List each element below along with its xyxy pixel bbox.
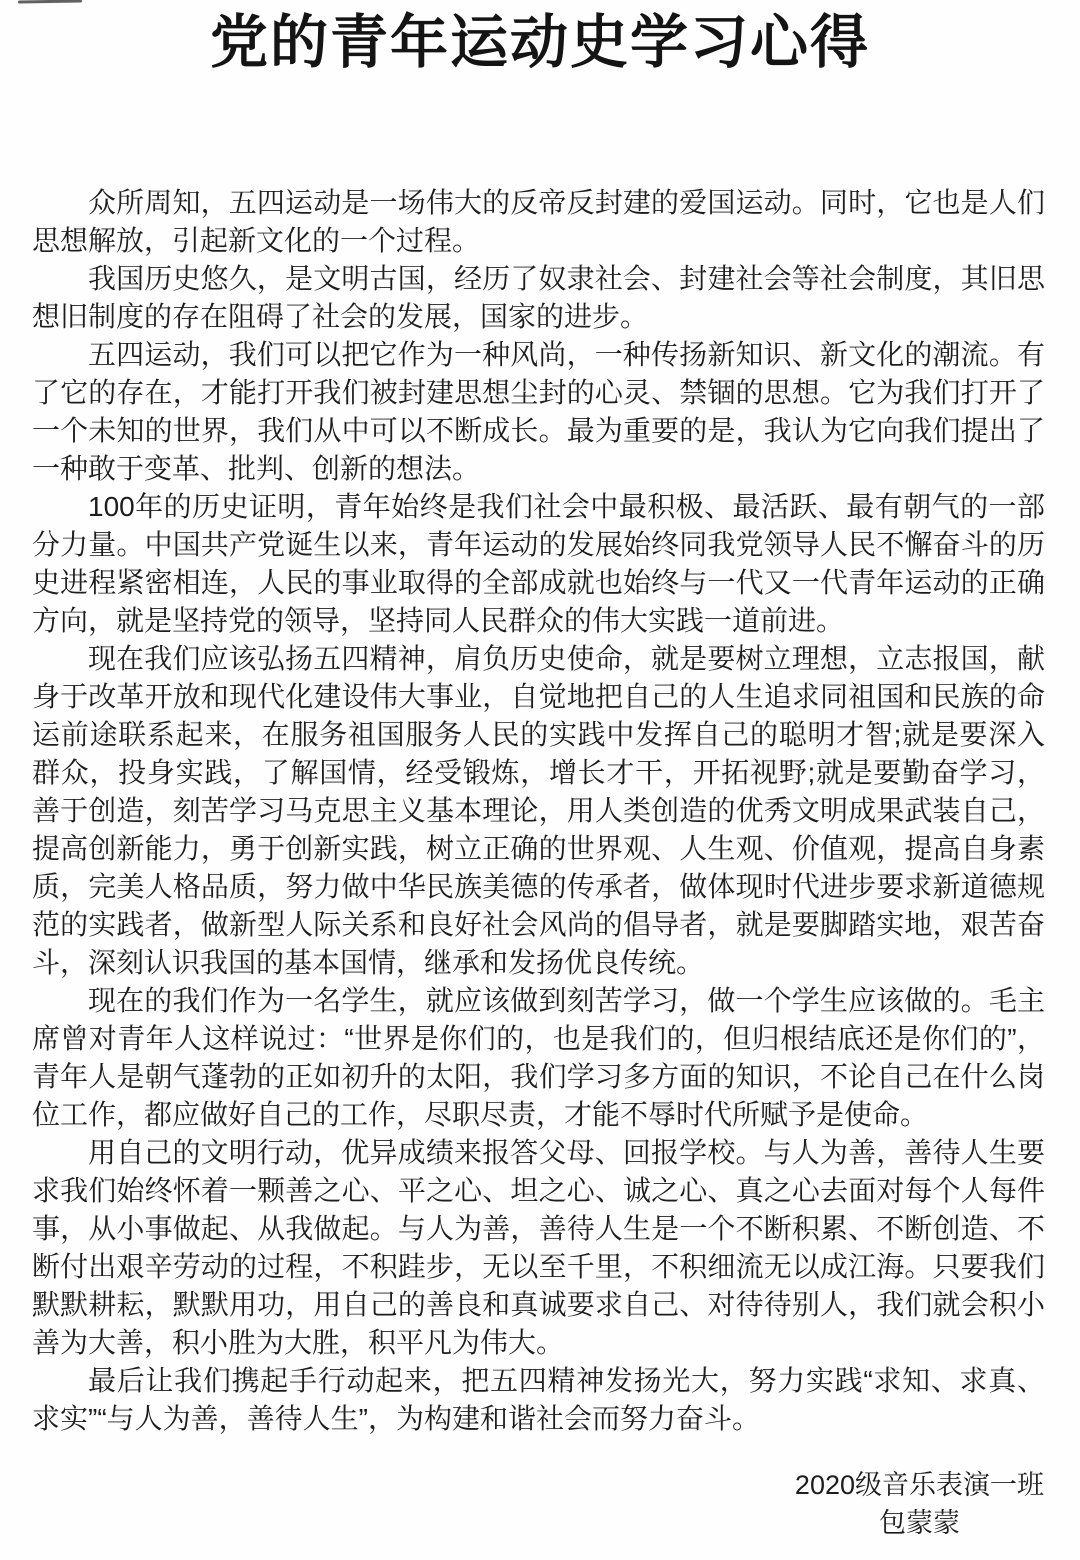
signature-block: 2020级音乐表演一班 包蒙蒙 xyxy=(795,1466,1044,1542)
essay-paragraph: 最后让我们携起手行动起来，把五四精神发扬光大，努力实践“求知、求真、求实”“与人… xyxy=(32,1362,1045,1438)
essay-paragraph: 用自己的文明行动，优异成绩来报答父母、回报学校。与人为善，善待人生要求我们始终怀… xyxy=(32,1134,1045,1362)
photo-edge-artifact xyxy=(18,0,82,4)
signature-name-line: 包蒙蒙 xyxy=(795,1504,1044,1542)
essay-paragraph: 众所周知，五四运动是一场伟大的反帝反封建的爱国运动。同时，它也是人们思想解放，引… xyxy=(32,184,1045,260)
essay-paragraph: 现在的我们作为一名学生，就应该做到刻苦学习，做一个学生应该做的。毛主席曾对青年人… xyxy=(32,982,1045,1134)
essay-body: 众所周知，五四运动是一场伟大的反帝反封建的爱国运动。同时，它也是人们思想解放，引… xyxy=(32,184,1045,1438)
essay-paragraph: 五四运动，我们可以把它作为一种风尚，一种传扬新知识、新文化的潮流。有了它的存在，… xyxy=(32,336,1045,488)
document-page: 党的青年运动史学习心得 众所周知，五四运动是一场伟大的反帝反封建的爱国运动。同时… xyxy=(0,0,1080,1560)
document-title: 党的青年运动史学习心得 xyxy=(0,10,1080,76)
essay-paragraph: 我国历史悠久，是文明古国，经历了奴隶社会、封建社会等社会制度，其旧思想旧制度的存… xyxy=(32,260,1045,336)
signature-class-line: 2020级音乐表演一班 xyxy=(795,1466,1044,1504)
essay-paragraph: 现在我们应该弘扬五四精神，肩负历史使命，就是要树立理想，立志报国，献身于改革开放… xyxy=(32,640,1045,982)
essay-paragraph: 100年的历史证明，青年始终是我们社会中最积极、最活跃、最有朝气的一部分力量。中… xyxy=(32,488,1045,640)
